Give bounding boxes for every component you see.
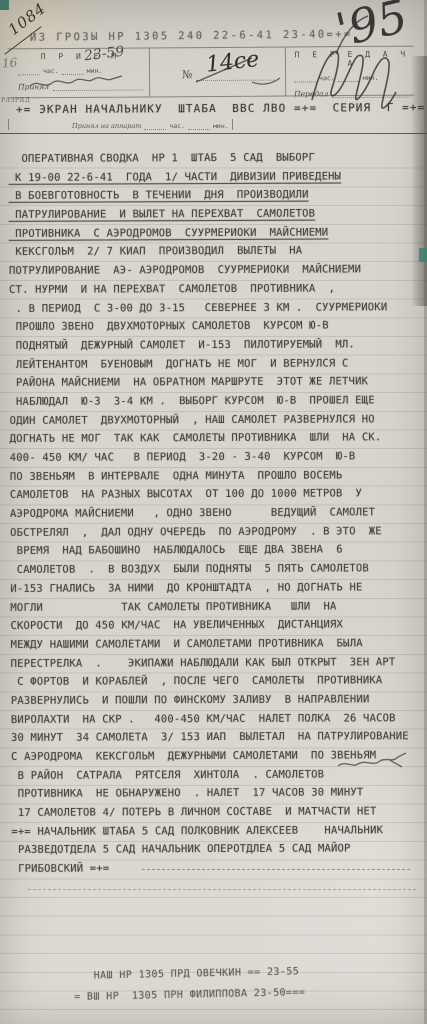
typed-line: ПРОТИВНИКА НЕ ОБНАРУЖЕНО . НАЛЕТ 17 ЧАСО… — [11, 786, 423, 806]
apparat-label: Принял на аппарат — [72, 122, 141, 130]
peredacha-time-row: час. мин. — [294, 74, 410, 83]
hours-label: час. — [319, 74, 335, 82]
blank-line — [144, 122, 166, 130]
divider-tick — [8, 119, 9, 130]
signature-line — [53, 82, 143, 91]
typed-line: С АЭРОДРОМА КЕКСГОЛЬМ ДЕЖУРНЫМИ САМОЛЕТА… — [11, 749, 423, 769]
priem-signature-row: Принял — [18, 81, 143, 91]
number-line — [196, 80, 274, 82]
typed-line: ПРОТИВНИКА С АЭРОДРОМОВ СУУРМЕРИОКИ МАЙС… — [9, 226, 421, 246]
typed-line: ОПЕРАТИВНАЯ СВОДКА НР 1 ШТАБ 5 САД ВЫБОР… — [8, 151, 420, 171]
blank-line — [18, 67, 40, 75]
hours-label: час. — [43, 67, 59, 75]
typed-line: К 19-00 22-6-41 ГОДА 1/ ЧАСТИ ДИВИЗИИ ПР… — [8, 170, 420, 190]
closing-dash-line — [142, 869, 410, 870]
form-header: П Р И Е М час. мин. Принял № 14се П Е Р … — [8, 46, 414, 99]
closing-dash-line — [28, 889, 416, 890]
origin-line: ИЗ ГРОЗЫ НР 1305 240 22-6-41 23-40=+= — [30, 28, 353, 43]
peredacha-box: П Е Р Е Д А Ч А час. мин. Передал — [286, 47, 414, 96]
typed-line: ПОТРУЛИРОВАНИЕ АЭ- АЭРОДРОМОВ СУУРМЕРИОК… — [9, 263, 421, 283]
typed-line: . В ПЕРИОД С 3-00 ДО 3-15 СЕВЕРНЕЕ 3 КМ … — [9, 301, 421, 321]
typed-line: ДОГНАТЬ НЕ МОГ ТАК КАК САМОЛЕТЫ ПРОТИВНИ… — [10, 431, 422, 451]
peredacha-signature-row: Передал — [294, 89, 410, 99]
typed-line: РАЗВЕРНУЛИСЬ И ПОШЛИ ПО ФИНСКОМУ ЗАЛИВУ … — [11, 693, 423, 713]
typed-message-body: ОПЕРАТИВНАЯ СВОДКА НР 1 ШТАБ 5 САД ВЫБОР… — [8, 151, 423, 882]
typed-line: НАБЛЮДАЛ Ю-З 3-4 КМ . ВЫБОРГ КУРСОМ Ю-В … — [9, 394, 421, 414]
typed-line: ПЕРЕСТРЕЛКА . ЭКИПАЖИ НАБЛЮДАЛИ КАК БЫЛ … — [11, 656, 423, 676]
header-separator-line — [0, 133, 427, 134]
priem-box: П Р И Е М час. мин. Принял — [8, 48, 150, 97]
minutes-label: мин. — [213, 122, 229, 130]
typed-line: ЛЕЙТЕНАНТОМ БУЕНОВЫМ ДОГНАТЬ НЕ МОГ И ВЕ… — [9, 357, 421, 377]
green-corner-mark — [0, 0, 9, 10]
typed-line: ГРИБОВСКИЙ =+= — [12, 861, 424, 881]
typed-line: РАЙОНА МАЙСНИЕМИ НА ОБРАТНОМ МАРШРУТЕ ЭТ… — [9, 375, 421, 395]
typed-line: С ФОРТОВ И КОРАБЛЕЙ , ПОСЛЕ ЧЕГО САМОЛЕТ… — [11, 674, 423, 694]
typed-line: И-153 ГНАЛИСЬ ЗА НИМИ ДО КРОНШТАДТА , НО… — [10, 581, 422, 601]
typed-line: ОДИН САМОЛЕТ ДВУХМОТОРНЫЙ , НАШ САМОЛЕТ … — [10, 413, 422, 433]
typed-line: РАЗВЕДОТДЕЛА 5 САД НАЧАЛЬНИК ОПЕРОТДЛЕА … — [11, 843, 423, 863]
signature-line — [332, 90, 410, 99]
minutes-label: мин. — [87, 67, 103, 75]
typed-line: ПРОШЛО ЗВЕНО ДВУХМОТОРНЫХ САМОЛЕТОВ КУРС… — [9, 319, 421, 339]
handwritten-telegram-number: 14се — [205, 47, 261, 78]
service-footer: НАШ НР 1305 ПРД ОВЕЧКИН == 23-55= ВШ НР … — [0, 964, 427, 1015]
typed-line: МЕЖДУ НАШИМИ САМОЛЕТАМИ И САМОЛЕТАМИ ПРО… — [11, 637, 423, 657]
number-sign: № — [182, 68, 193, 81]
priem-time-row: час. мин. — [18, 66, 143, 75]
typed-line: САМОЛЕТОВ . В ВОЗДУХ БЫЛИ ПОДНЯТЫ 5 ПЯТЬ… — [10, 562, 422, 582]
hours-label: час. — [169, 122, 185, 130]
address-line: += ЭКРАН НАЧАЛЬНИКУ ШТАБА ВВС ЛВО =+= СЕ… — [16, 101, 425, 116]
peredal-label: Передал — [294, 89, 328, 98]
divider-tick — [232, 119, 233, 130]
typed-line: 400- 450 КМ/ ЧАС В ПЕРИОД 3-20 - 3-40 КУ… — [10, 450, 422, 470]
typed-line: ОБСТРЕЛЯЛ , ДАЛ ОДНУ ОЧЕРЕДЬ ПО АЭРОДРОМ… — [10, 525, 422, 545]
typed-line: СТ. НУРМИ И НА ПЕРЕХВАТ САМОЛЕТОВ ПРОТИВ… — [9, 282, 421, 302]
typed-line: ВИРОЛАХТИ НА СКР . 400-450 КМ/ЧАС НАЛЕТ … — [11, 712, 423, 732]
typed-line: 17 САМОЛЕТОВ 4/ ПОТЕРЬ В ЛИЧНОМ СОСТАВЕ … — [11, 805, 423, 825]
typed-line: АЭРОДРОМА МАЙСНИЕМИ , ОДНО ЗВЕНО ВЕДУЩИЙ… — [10, 506, 422, 526]
blank-line — [294, 74, 316, 82]
typed-line: ПО ЗВЕНЬЯМ В ИНТЕРВАЛЕ ОДНА МИНУТА ПРОШЛ… — [10, 469, 422, 489]
blank-line — [338, 74, 360, 82]
typed-line: В БОЕВГОТОВНОСТЬ В ТЕЧЕНИИ ДНЯ ПРОИЗВОДИ… — [9, 188, 421, 208]
typed-line: ПАТРУЛИРОВАНИЕ И ВЫЛЕТ НА ПЕРЕХВАТ САМОЛ… — [9, 207, 421, 227]
typed-line: СКОРОСТИ ДО 450 КМ/ЧАС НА УВЕЛИЧЕННЫХ ДИ… — [10, 618, 422, 638]
apparat-strip: Принял на аппарат час. мин. — [8, 117, 338, 130]
typed-line: ВРЕМЯ НАД БАБОШИНО НАБЛЮДАЛОСЬ ЕЩЕ ДВА З… — [10, 544, 422, 564]
peredacha-title: П Е Р Е Д А Ч А — [294, 50, 410, 69]
blank-line — [188, 122, 210, 130]
typed-line: САМОЛЕТОВ НА РАЗНЫХ ВЫСОТАХ ОТ 100 ДО 10… — [10, 487, 422, 507]
typed-line: КЕКСГОЛЬМ 2/ 7 КИАП ПРОИЗВОДИЛ ВЫЛЕТЫ НА — [9, 245, 421, 265]
typed-line: В РАЙОН САТРАЛА РЯТСЕЛЯ ХИНТОЛА . САМОЛЕ… — [11, 768, 423, 788]
telegram-form-scan: 1084 '95 16 ИЗ ГРОЗЫ НР 1305 240 22-6-41… — [0, 0, 427, 1024]
typed-line: МОГЛИ ТАК САМОЛЕТЫ ПРОТИВНИКА ШЛИ НА — [10, 600, 422, 620]
blank-line — [62, 67, 84, 75]
typed-line: ПОДНЯТЫЙ ДЕЖУРНЫЙ САМОЛЕТ И-153 ПИЛОТИРУ… — [9, 338, 421, 358]
typed-line: =+= НАЧАЛЬНИК ШТАБА 5 САД ПОЛКОВНИК АЛЕК… — [11, 824, 423, 844]
typed-line: 30 МИНУТ 34 САМОЛЕТА 3/ 153 ИАП ВЫЛЕТАЛ … — [11, 730, 423, 750]
minutes-label: мин. — [363, 74, 379, 82]
number-box: № 14се — [150, 47, 286, 96]
prinyal-label: Принял — [18, 82, 49, 91]
